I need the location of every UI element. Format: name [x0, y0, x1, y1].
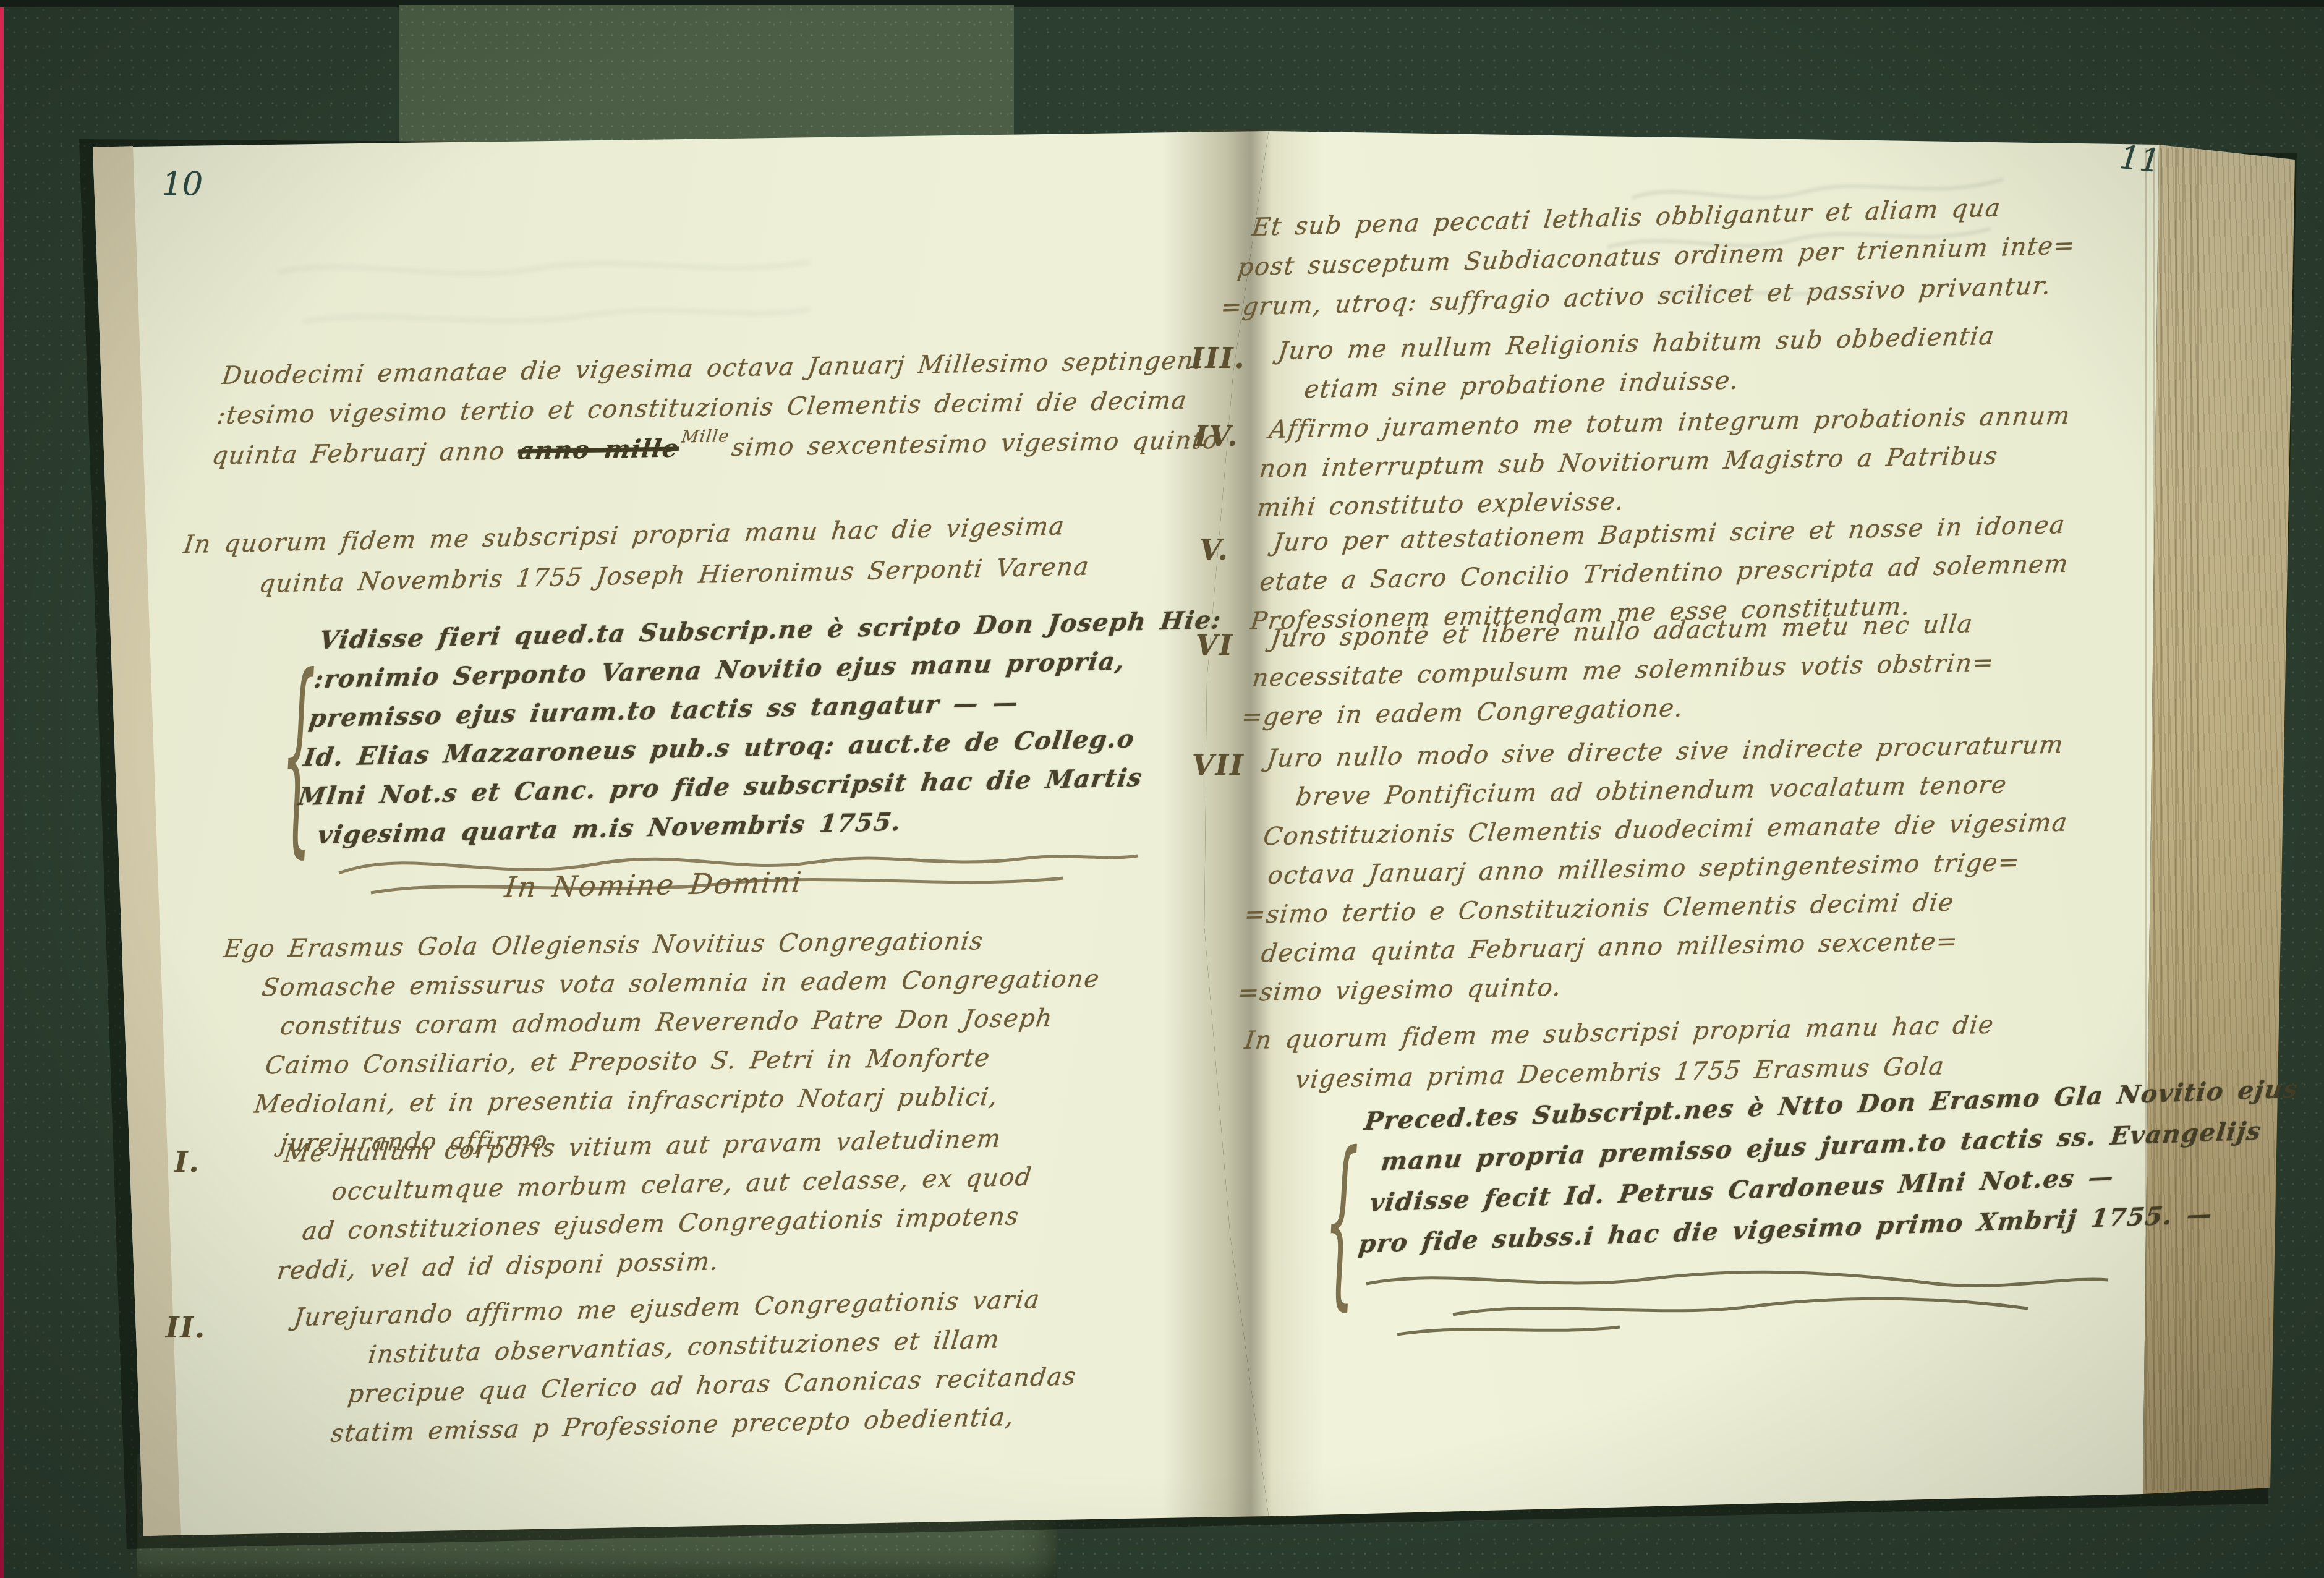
paragraph-penalty: Et sub pena peccati lethalis obbligantur… — [1240, 192, 2082, 333]
manuscript-segment: simo sexcentesimo vigesimo quinto — [730, 426, 1220, 462]
manuscript-photograph: 10 11 Duodecimi emanatae die vigesima oc… — [0, 0, 2324, 1578]
page-number-right: 11 — [2118, 139, 2162, 181]
page-number-left: 10 — [162, 166, 203, 203]
notary-attestation-right: Preced.tes Subscript.nes è Ntto Don Eras… — [1346, 1074, 2300, 1271]
oath-item-1: Me nullum corporis vitium aut pravam val… — [267, 1124, 1039, 1295]
pen-flourish-right — [1360, 1261, 2127, 1342]
support-pad-top — [399, 5, 1014, 156]
item-numeral-3: III. — [1191, 341, 1246, 375]
fore-edge-crease — [2145, 148, 2201, 1490]
item-numeral-4: IV. — [1194, 419, 1238, 453]
item-numeral-6: VI — [1196, 628, 1233, 662]
item-numeral-7: VII — [1192, 748, 1245, 782]
left-edge-red-strip — [0, 7, 4, 1578]
section-heading: In Nomine Domini — [503, 866, 804, 905]
manuscript-segment: quinta Februarj anno — [210, 437, 520, 470]
ink-bleed-through-left — [266, 235, 822, 359]
item-numeral-5: V. — [1199, 533, 1229, 566]
notary-attestation-left: Vidisse fieri qued.ta Subscrip.ne è scri… — [290, 605, 1224, 860]
oath-item-2: Jurejurando affirmo me ejusdem Congregat… — [278, 1284, 1088, 1460]
paragraph-constitution-dates: Duodecimi emanatae die vigesima octava J… — [209, 346, 1230, 480]
oath-item-3: Juro me nullum Religionis habitum sub ob… — [1271, 322, 1996, 416]
manuscript-segment-sup: Mille — [680, 427, 730, 446]
oath-item-6: Juro spontè et liberè nullo adactum metu… — [1258, 609, 2000, 741]
table-edge-top — [0, 0, 2324, 7]
manuscript-segment-strike: anno mille — [516, 433, 681, 465]
item-numeral-2: II. — [166, 1311, 206, 1344]
oath-item-7: Juro nullo modo sive directe sive indire… — [1235, 730, 2079, 1018]
item-numeral-1: I. — [174, 1145, 200, 1179]
